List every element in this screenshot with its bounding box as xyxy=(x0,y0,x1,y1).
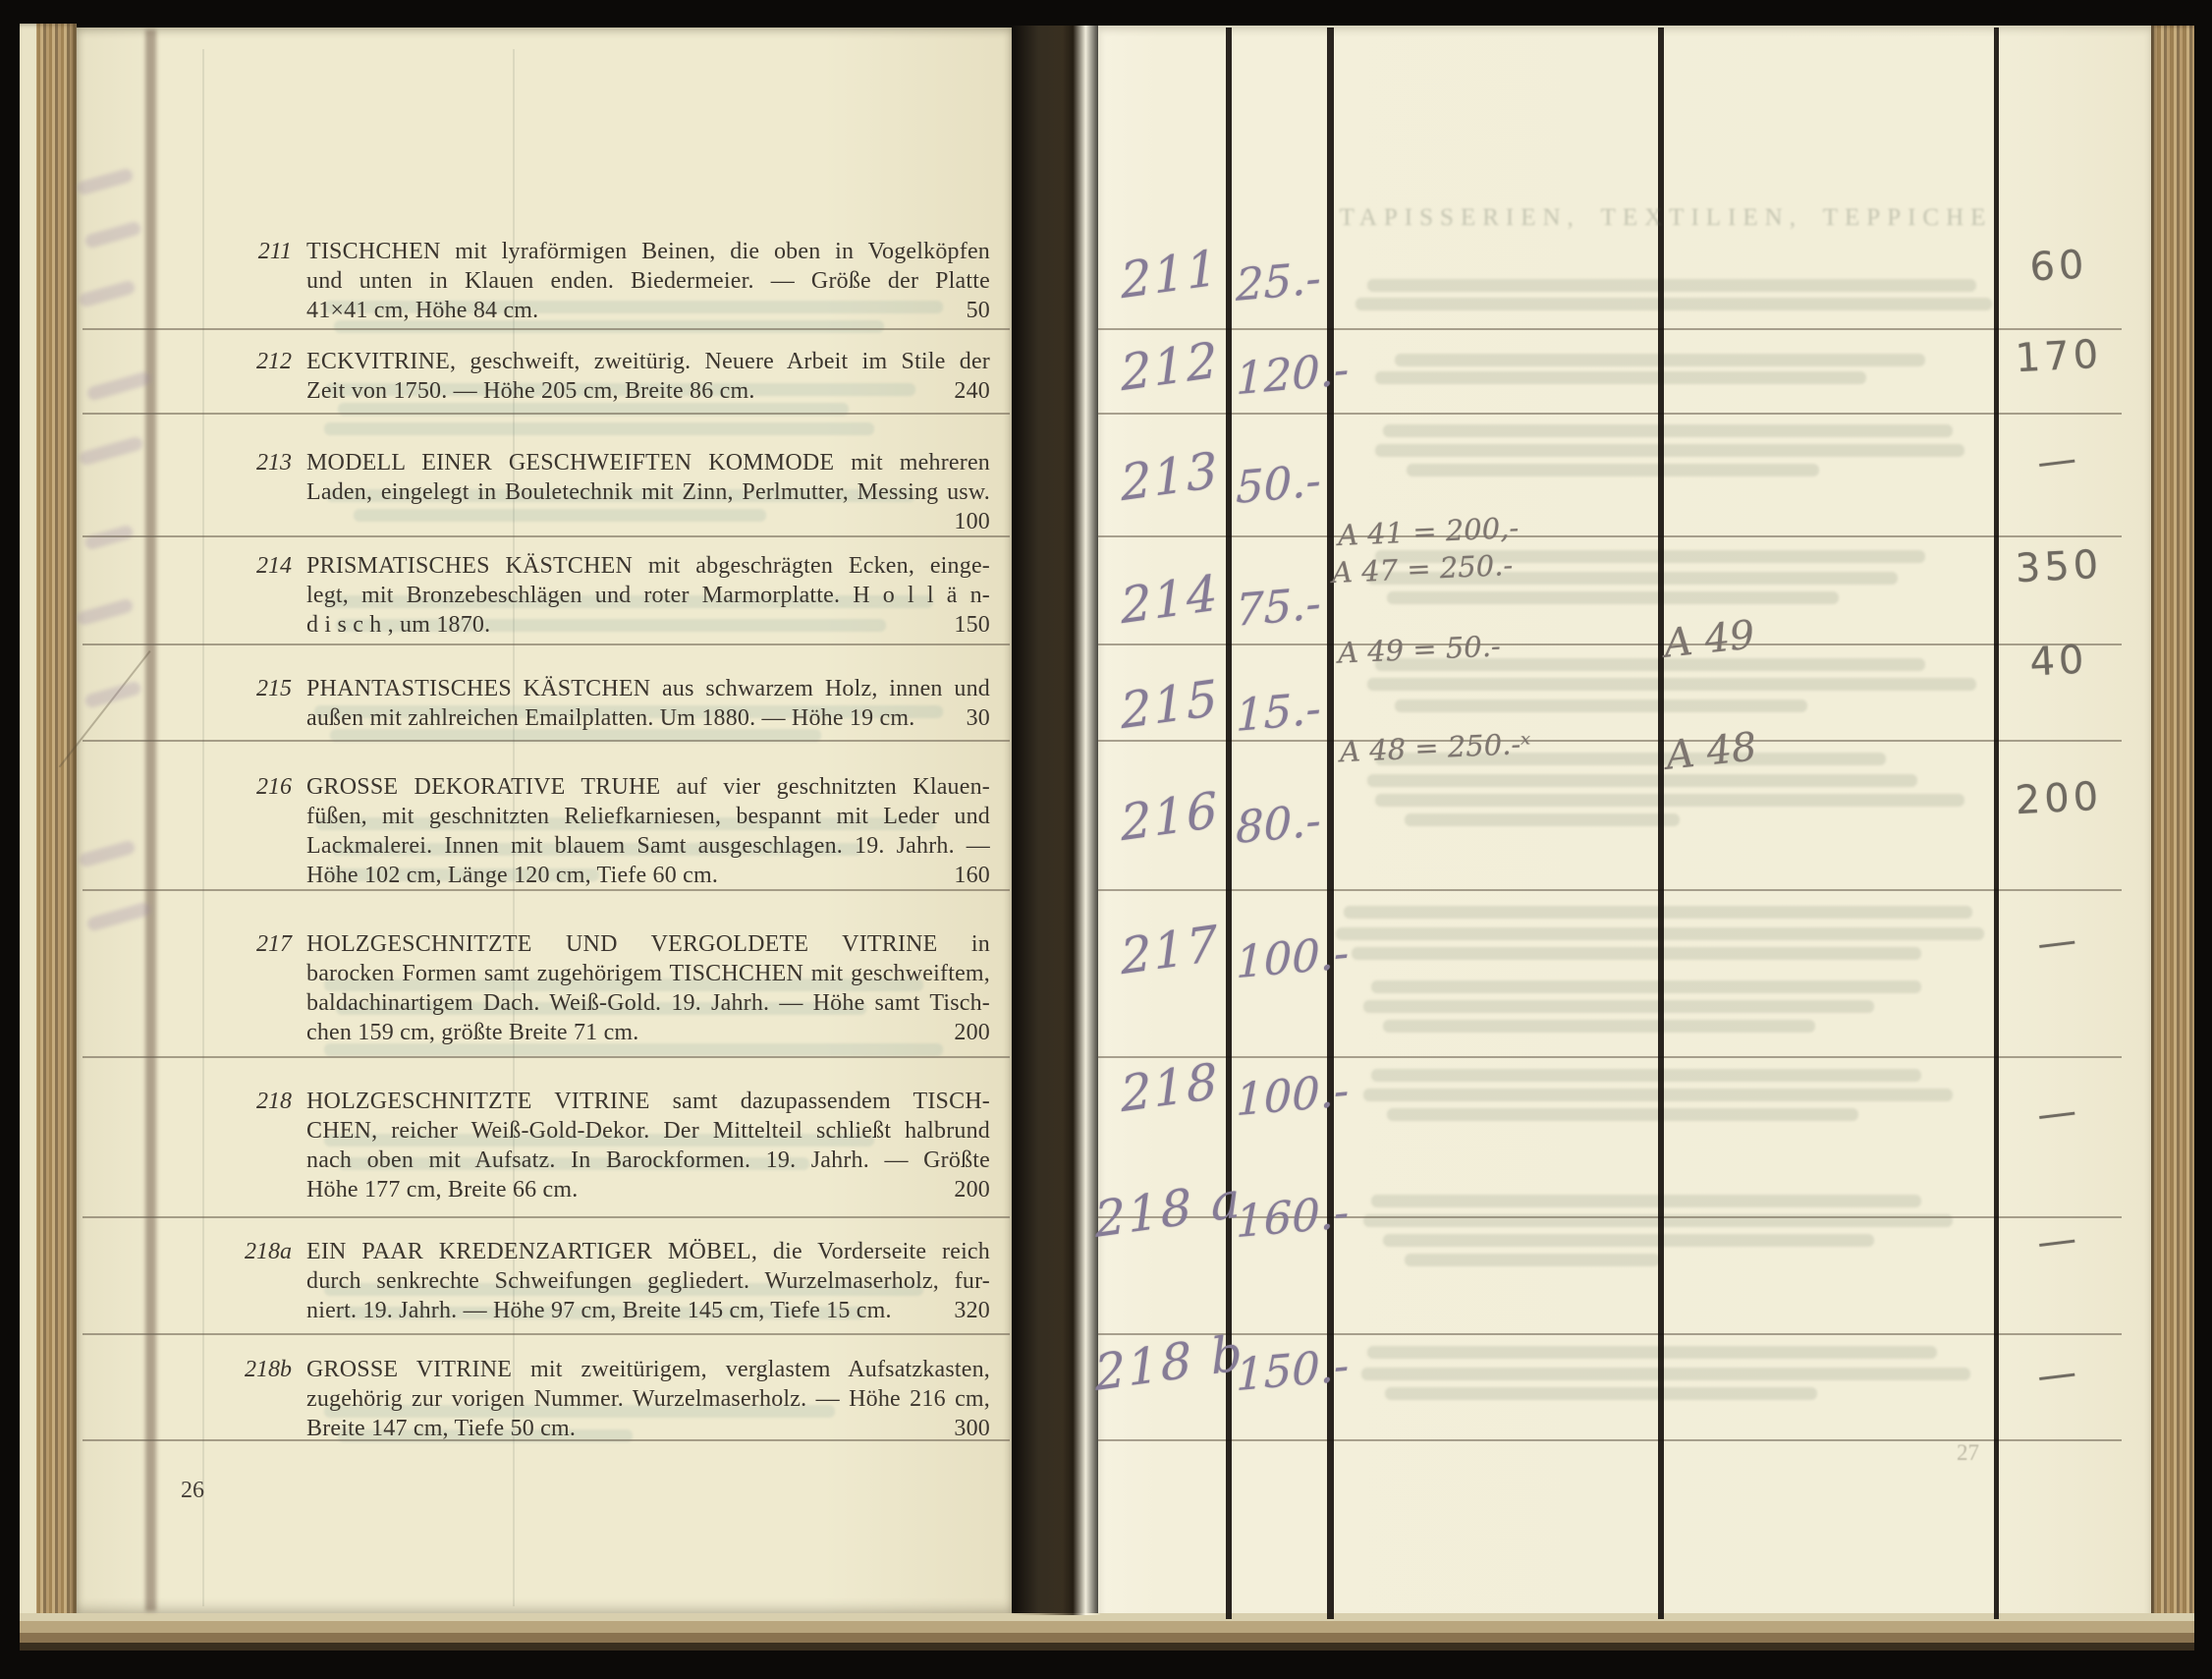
entry-line: Höhe 177 cm, Breite 66 cm.200 xyxy=(306,1175,990,1204)
row-rule xyxy=(83,740,1010,742)
ledger-price: 50.- xyxy=(1236,454,1320,514)
entry-line: Laden, eingelegt in Bouletechnik mit Zin… xyxy=(306,477,990,507)
ledger-price: 160.- xyxy=(1236,1186,1349,1248)
entry-price: 320 xyxy=(954,1296,990,1325)
entry-line: Lackmalerei. Innen mit blauem Samt ausge… xyxy=(306,831,990,861)
ledger-result: 170 xyxy=(2003,331,2115,382)
entry-text: MODELL EINER GESCHWEIFTEN KOMMODE mit me… xyxy=(306,448,990,536)
entry-line: TISCHCHEN mit lyraförmigen Beinen, die o… xyxy=(306,237,990,266)
catalog-entry: 215PHANTASTISCHES KÄSTCHEN aus schwarzem… xyxy=(221,674,990,733)
ghost-text-line xyxy=(1355,298,1992,310)
entry-line: d i s c h , um 1870.150 xyxy=(306,610,990,640)
entry-price: 300 xyxy=(954,1414,990,1443)
ghost-text-line xyxy=(1367,279,1976,292)
entry-text: TISCHCHEN mit lyraförmigen Beinen, die o… xyxy=(306,237,990,325)
lot-number: 214 xyxy=(221,551,292,581)
row-rule xyxy=(83,1333,1010,1335)
entry-text: PHANTASTISCHES KÄSTCHEN aus schwarzem Ho… xyxy=(306,674,990,733)
left-page-stack-edge xyxy=(20,24,77,1625)
entry-text: GROSSE VITRINE mit zweitürigem, verglast… xyxy=(306,1355,990,1443)
catalog-entry: 218aEIN PAAR KREDENZARTIGER MÖBEL, die V… xyxy=(221,1237,990,1325)
ledger-price: 15.- xyxy=(1236,682,1320,742)
ghost-text-line xyxy=(1367,1346,1937,1359)
entry-text: EIN PAAR KREDENZARTIGER MÖBEL, die Vorde… xyxy=(306,1237,990,1325)
entry-line: baldachinartigem Dach. Weiß-Gold. 19. Ja… xyxy=(306,988,990,1018)
column-rule-vertical xyxy=(1994,28,1999,1619)
entry-text: HOLZGESCHNITZTE VITRINE samt dazupassend… xyxy=(306,1087,990,1204)
row-rule xyxy=(1098,1056,2122,1058)
ghost-text-line xyxy=(1383,1234,1874,1247)
entry-line: PRISMATISCHES KÄSTCHEN mit abgeschrägten… xyxy=(306,551,990,581)
ghost-text-line xyxy=(324,422,874,435)
row-rule xyxy=(83,1216,1010,1218)
catalog-entry: 218bGROSSE VITRINE mit zweitürigem, verg… xyxy=(221,1355,990,1443)
catalog-entry: 212ECKVITRINE, geschweift, zweitürig. Ne… xyxy=(221,347,990,406)
ghost-text-line xyxy=(1375,794,1964,807)
column-rule-vertical xyxy=(1658,28,1664,1619)
ledger-price: 120.- xyxy=(1236,343,1349,405)
row-rule xyxy=(83,1056,1010,1058)
catalog-entry: 213MODELL EINER GESCHWEIFTEN KOMMODE mit… xyxy=(221,448,990,536)
lot-number: 213 xyxy=(221,448,292,477)
entry-line: legt, mit Bronzebeschlägen und roter Mar… xyxy=(306,581,990,610)
entry-line: zugehörig zur vorigen Nummer. Wurzelmase… xyxy=(306,1384,990,1414)
entry-price: 200 xyxy=(954,1018,990,1047)
ghost-text-line xyxy=(1367,774,1917,787)
entry-price: 30 xyxy=(967,703,990,733)
ghost-text-line xyxy=(1405,813,1680,826)
right-page-stack-edge xyxy=(2151,26,2194,1625)
bleed-line xyxy=(202,49,204,1606)
ghost-text-line xyxy=(1371,980,1921,993)
ledger-result: 350 xyxy=(2003,541,2115,592)
bottom-page-stack-edge xyxy=(20,1613,2194,1651)
entry-line: ECKVITRINE, geschweift, zweitürig. Neuer… xyxy=(306,347,990,376)
annotation-ref: A 48 xyxy=(1664,724,1759,778)
ghost-text-line xyxy=(1407,464,1819,476)
ledger-price: 100.- xyxy=(1236,1064,1349,1126)
ledger-result: 200 xyxy=(2003,773,2115,824)
ghost-text-line xyxy=(1383,424,1953,437)
entry-line: außen mit zahlreichen Emailplatten. Um 1… xyxy=(306,703,990,733)
ghost-text-line xyxy=(1363,1000,1874,1013)
ghost-text-line xyxy=(1387,1108,1858,1121)
entry-line: 41×41 cm, Höhe 84 cm.50 xyxy=(306,296,990,325)
ghost-heading: TAPISSERIEN, TEXTILIEN, TEPPICHE xyxy=(1336,204,1996,232)
lot-number: 216 xyxy=(221,772,292,802)
entry-line: barocken Formen samt zugehörigem TISCHCH… xyxy=(306,959,990,988)
entry-text: GROSSE DEKORATIVE TRUHE auf vier geschni… xyxy=(306,772,990,890)
ghost-text-line xyxy=(1371,1195,1921,1207)
catalog-entry: 216GROSSE DEKORATIVE TRUHE auf vier gesc… xyxy=(221,772,990,890)
ghost-text-line xyxy=(1361,1368,1970,1380)
ledger-price: 100.- xyxy=(1236,926,1349,988)
ledger-result: 40 xyxy=(2003,636,2115,687)
entry-line: MODELL EINER GESCHWEIFTEN KOMMODE mit me… xyxy=(306,448,990,477)
entry-line: GROSSE VITRINE mit zweitürigem, verglast… xyxy=(306,1355,990,1384)
ghost-text-line xyxy=(1367,678,1976,691)
entry-text: PRISMATISCHES KÄSTCHEN mit abgeschrägten… xyxy=(306,551,990,640)
ledger-result: 60 xyxy=(2003,241,2115,292)
entry-line: Breite 147 cm, Tiefe 50 cm.300 xyxy=(306,1414,990,1443)
catalog-entry: 218HOLZGESCHNITZTE VITRINE samt dazupass… xyxy=(221,1087,990,1204)
entry-line: HOLZGESCHNITZTE UND VERGOLDETE VITRINE i… xyxy=(306,929,990,959)
entry-line: durch senkrechte Schweifungen gegliedert… xyxy=(306,1266,990,1296)
lot-number: 218 xyxy=(221,1087,292,1116)
ledger-price: 80.- xyxy=(1236,794,1320,854)
row-rule xyxy=(83,644,1010,645)
lot-number: 217 xyxy=(221,929,292,959)
entry-price: 160 xyxy=(954,861,990,890)
entry-line: 100 xyxy=(306,507,990,536)
entry-line: EIN PAAR KREDENZARTIGER MÖBEL, die Vorde… xyxy=(306,1237,990,1266)
page-number-left: 26 xyxy=(181,1478,204,1504)
ghost-text-line xyxy=(1387,591,1839,604)
entry-line: chen 159 cm, größte Breite 71 cm.200 xyxy=(306,1018,990,1047)
row-rule xyxy=(1098,889,2122,891)
row-rule xyxy=(1098,328,2122,330)
lot-number: 211 xyxy=(221,237,292,266)
entry-price: 50 xyxy=(967,296,990,325)
entry-line: Höhe 102 cm, Länge 120 cm, Tiefe 60 cm.1… xyxy=(306,861,990,890)
catalog-entry: 214PRISMATISCHES KÄSTCHEN mit abgeschräg… xyxy=(221,551,990,640)
ledger-price: 150.- xyxy=(1236,1339,1349,1401)
book-gutter xyxy=(1010,26,1100,1615)
lot-number: 215 xyxy=(221,674,292,703)
entry-price: 200 xyxy=(954,1175,990,1204)
annotation-note: A 49 = 50.- xyxy=(1337,629,1501,669)
annotation-ref: A 49 xyxy=(1662,612,1757,666)
lot-number: 218a xyxy=(221,1237,292,1266)
entry-line: CHEN, reicher Weiß-Gold-Dekor. Der Mitte… xyxy=(306,1116,990,1146)
ghost-text-line xyxy=(1395,700,1807,712)
book-spread: TAPISSERIEN, TEXTILIEN, TEPPICHE 27 211T… xyxy=(0,0,2212,1679)
ghost-text-line xyxy=(1375,371,1866,384)
entry-line: nach oben mit Aufsatz. In Barockformen. … xyxy=(306,1146,990,1175)
row-rule xyxy=(83,413,1010,415)
bleed-line xyxy=(145,29,156,1611)
entry-price: 100 xyxy=(954,507,990,536)
entry-price: 240 xyxy=(954,376,990,406)
row-rule xyxy=(1098,413,2122,415)
ghost-text-line xyxy=(1385,1387,1817,1400)
entry-line: HOLZGESCHNITZTE VITRINE samt dazupassend… xyxy=(306,1087,990,1116)
row-rule xyxy=(83,328,1010,330)
ghost-text-line xyxy=(1383,1020,1815,1033)
entry-text: HOLZGESCHNITZTE UND VERGOLDETE VITRINE i… xyxy=(306,929,990,1047)
entry-price: 150 xyxy=(954,610,990,640)
lot-number: 218b xyxy=(221,1355,292,1384)
entry-text: ECKVITRINE, geschweift, zweitürig. Neuer… xyxy=(306,347,990,406)
ghost-text-line xyxy=(1405,1254,1660,1266)
ghost-text-line xyxy=(1375,444,1964,457)
row-rule xyxy=(1098,644,2122,645)
row-rule xyxy=(1098,1333,2122,1335)
lot-number: 212 xyxy=(221,347,292,376)
entry-line: PHANTASTISCHES KÄSTCHEN aus schwarzem Ho… xyxy=(306,674,990,703)
entry-line: und unten in Klauen enden. Biedermeier. … xyxy=(306,266,990,296)
entry-line: Zeit von 1750. — Höhe 205 cm, Breite 86 … xyxy=(306,376,990,406)
ghost-page-number: 27 xyxy=(1957,1440,1979,1466)
entry-line: füßen, mit geschnitzten Reliefkarniesen,… xyxy=(306,802,990,831)
ghost-text-line xyxy=(1371,1069,1921,1082)
entry-line: niert. 19. Jahrh. — Höhe 97 cm, Breite 1… xyxy=(306,1296,990,1325)
ghost-text-line xyxy=(1352,947,1921,960)
row-rule xyxy=(1098,535,2122,537)
catalog-entry: 211TISCHCHEN mit lyraförmigen Beinen, di… xyxy=(221,237,990,325)
catalog-entry: 217HOLZGESCHNITZTE UND VERGOLDETE VITRIN… xyxy=(221,929,990,1047)
ledger-price: 25.- xyxy=(1236,252,1320,311)
ledger-price: 75.- xyxy=(1236,577,1320,637)
entry-line: GROSSE DEKORATIVE TRUHE auf vier geschni… xyxy=(306,772,990,802)
